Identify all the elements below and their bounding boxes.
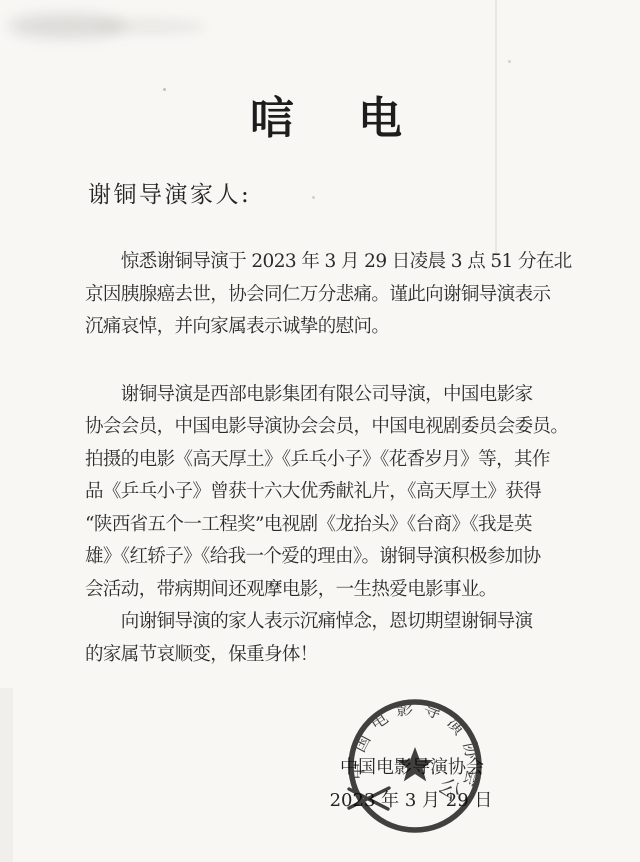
text-line: 拍摄的电影《高天厚土》《乒乓小子》《花香岁月》等，其作 — [85, 444, 571, 477]
text-line: 惊悉谢铜导演于 2023 年 3 月 29 日凌晨 3 点 51 分在北 — [85, 246, 571, 279]
seal-arc-text: 中国电影导演协会 — [348, 698, 483, 797]
text-line: 向谢铜导演的家人表示沉痛悼念，恩切期望谢铜导演 — [85, 606, 571, 639]
salutation: 谢铜导演家人: — [88, 176, 251, 209]
text-line: “陕西省五个一工程奖”电视剧《龙抬头》《台商》《我是英 — [85, 509, 571, 542]
text-line: 京因胰腺癌去世，协会同仁万分悲痛。谨此向谢铜导演表示 — [85, 279, 571, 312]
official-seal: 中国电影导演协会 公 — [345, 696, 485, 836]
scan-edge-shadow — [0, 688, 13, 862]
text-line: 会活动，带病期间还观摩电影，一生热爱电影事业。 — [85, 574, 571, 607]
text-line: 雄》《红轿子》《给我一个爱的理由》。谢铜导演积极参加协 — [85, 541, 571, 574]
seal-cross-mark — [349, 788, 389, 809]
text-line: 沉痛哀悼，并向家属表示诚挚的慰问。 — [85, 311, 571, 344]
scanned-letter-page: 唁 电 谢铜导演家人: 惊悉谢铜导演于 2023 年 3 月 29 日凌晨 3 … — [0, 0, 640, 862]
text-line: 谢铜导演是西部电影集团有限公司导演，中国电影家 — [85, 379, 571, 412]
scan-smudge — [96, 20, 206, 33]
paragraph: 惊悉谢铜导演于 2023 年 3 月 29 日凌晨 3 点 51 分在北京因胰腺… — [85, 246, 571, 344]
letter-title: 唁 电 — [0, 82, 640, 146]
paragraph: 谢铜导演是西部电影集团有限公司导演，中国电影家协会会员，中国电影导演协会会员，中… — [85, 379, 571, 607]
star-icon — [397, 747, 433, 781]
paragraph: 向谢铜导演的家人表示沉痛悼念，恩切期望谢铜导演的家属节哀顺变，保重身体！ — [85, 606, 571, 671]
letter-body: 惊悉谢铜导演于 2023 年 3 月 29 日凌晨 3 点 51 分在北京因胰腺… — [85, 246, 571, 671]
text-line: 协会会员，中国电影导演协会会员，中国电视剧委员会委员。 — [85, 411, 571, 444]
text-line: 的家属节哀顺变，保重身体！ — [85, 639, 571, 672]
text-line: 品《乒乓小子》曾获十六大优秀献礼片，《高天厚土》获得 — [85, 476, 571, 509]
